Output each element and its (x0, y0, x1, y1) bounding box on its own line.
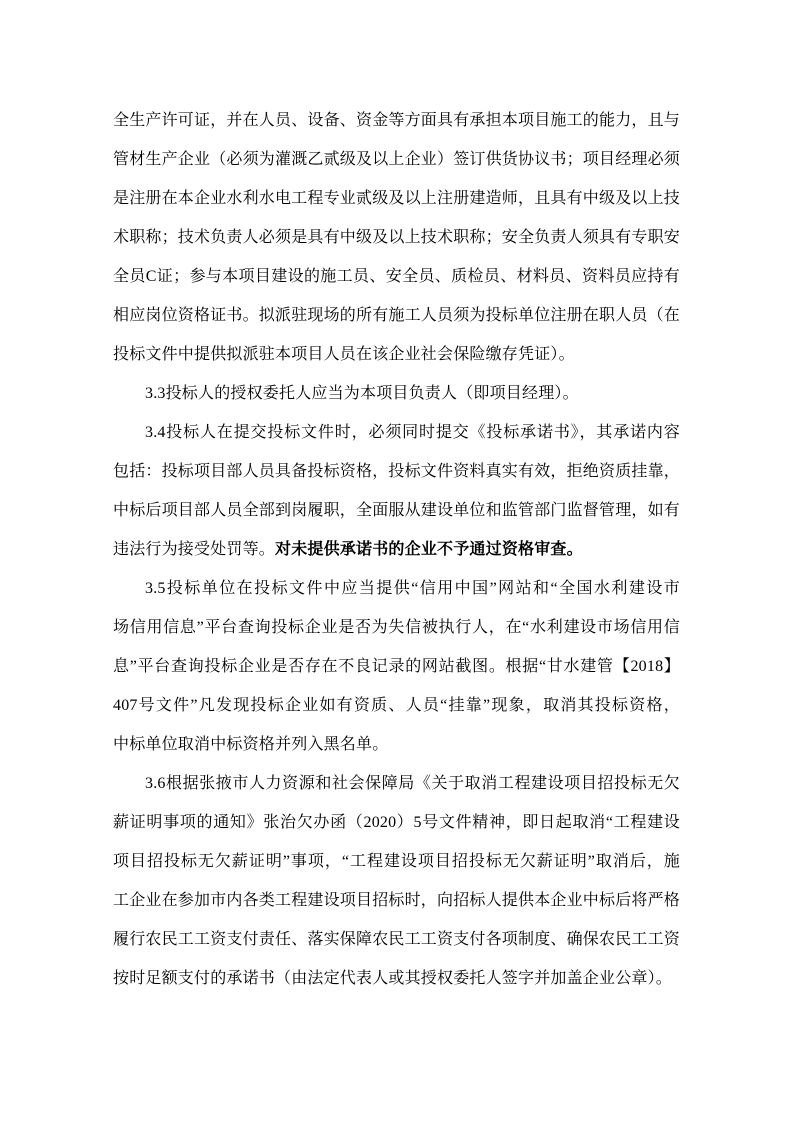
text-line: 相应岗位资格证书。拟派驻现场的所有施工人员须为投标单位注册在职人员（在 (113, 296, 680, 335)
body-text: 全生产许可证，并在人员、设备、资金等方面具有承担本项目施工的能力，且与 (113, 112, 680, 129)
text-line: 按时足额支付的承诺书（由法定代表人或其授权委托人签字并加盖企业公章）。 (113, 959, 680, 998)
body-text: 履行农民工工资支付责任、落实保障农民工工资支付各项制度、确保农民工工资 (113, 931, 680, 948)
body-text: 术职称；技术负责人必须是具有中级及以上技术职称；安全负责人须具有专职安 (113, 229, 680, 246)
text-line: 项目招投标无欠薪证明”事项，“工程建设项目招投标无欠薪证明”取消后，施 (113, 842, 680, 881)
text-line: 术职称；技术负责人必须是具有中级及以上技术职称；安全负责人须具有专职安 (113, 218, 680, 257)
body-text: 3.5投标单位在投标文件中应当提供“信用中国”网站和“全国水利建设市 (145, 580, 680, 597)
text-line: 全生产许可证，并在人员、设备、资金等方面具有承担本项目施工的能力，且与 (113, 101, 680, 140)
text-line: 3.6根据张掖市人力资源和社会保障局《关于取消工程建设项目招投标无欠 (113, 764, 680, 803)
text-line: 3.4投标人在提交投标文件时，必须同时提交《投标承诺书》，其承诺内容 (113, 413, 680, 452)
body-text: 3.6根据张掖市人力资源和社会保障局《关于取消工程建设项目招投标无欠 (145, 775, 680, 792)
text-line: 薪证明事项的通知》张治欠办函（2020）5号文件精神，即日起取消“工程建设 (113, 803, 680, 842)
body-text: 违法行为接受处罚等。 (113, 541, 275, 558)
body-text: 全员C证；参与本项目建设的施工员、安全员、质检员、材料员、资料员应持有 (113, 268, 680, 285)
body-text: 项目招投标无欠薪证明”事项，“工程建设项目招投标无欠薪证明”取消后，施 (113, 853, 680, 870)
body-text: 相应岗位资格证书。拟派驻现场的所有施工人员须为投标单位注册在职人员（在 (113, 307, 680, 324)
text-line: 3.5投标单位在投标文件中应当提供“信用中国”网站和“全国水利建设市 (113, 569, 680, 608)
body-text: 407号文件”凡发现投标企业如有资质、人员“挂靠”现象，取消其投标资格， (113, 697, 680, 714)
body-text: 3.4投标人在提交投标文件时，必须同时提交《投标承诺书》，其承诺内容 (145, 424, 680, 441)
text-line: 3.3投标人的授权委托人应当为本项目负责人（即项目经理）。 (113, 374, 680, 413)
body-text: 工企业在参加市内各类工程建设项目招标时，向招标人提供本企业中标后将严格 (113, 892, 680, 909)
body-text: 按时足额支付的承诺书（由法定代表人或其授权委托人签字并加盖企业公章）。 (113, 970, 672, 987)
body-text: 中标单位取消中标资格并列入黑名单。 (113, 736, 388, 753)
text-line: 中标单位取消中标资格并列入黑名单。 (113, 725, 680, 764)
text-line: 包括：投标项目部人员具备投标资格，投标文件资料真实有效，拒绝资质挂靠， (113, 452, 680, 491)
text-line: 407号文件”凡发现投标企业如有资质、人员“挂靠”现象，取消其投标资格， (113, 686, 680, 725)
body-text: 薪证明事项的通知》张治欠办函（2020）5号文件精神，即日起取消“工程建设 (113, 814, 680, 831)
text-line: 工企业在参加市内各类工程建设项目招标时，向招标人提供本企业中标后将严格 (113, 881, 680, 920)
text-line: 息”平台查询投标企业是否存在不良记录的网站截图。根据“甘水建管【2018】 (113, 647, 680, 686)
text-line: 投标文件中提供拟派驻本项目人员在该企业社会保险缴存凭证）。 (113, 335, 680, 374)
body-text: 投标文件中提供拟派驻本项目人员在该企业社会保险缴存凭证）。 (113, 346, 575, 363)
text-line: 是注册在本企业水利水电工程专业贰级及以上注册建造师，且具有中级及以上技 (113, 179, 680, 218)
body-text: 中标后项目部人员全部到岗履职，全面服从建设单位和监管部门监督管理，如有 (113, 502, 680, 519)
text-line: 履行农民工工资支付责任、落实保障农民工工资支付各项制度、确保农民工工资 (113, 920, 680, 959)
document-page: 全生产许可证，并在人员、设备、资金等方面具有承担本项目施工的能力，且与管材生产企… (0, 0, 793, 1122)
text-line: 中标后项目部人员全部到岗履职，全面服从建设单位和监管部门监督管理，如有 (113, 491, 680, 530)
text-line: 违法行为接受处罚等。对未提供承诺书的企业不予通过资格审查。 (113, 530, 680, 569)
bold-emphasis-text: 对未提供承诺书的企业不予通过资格审查。 (275, 541, 583, 558)
body-text: 是注册在本企业水利水电工程专业贰级及以上注册建造师，且具有中级及以上技 (113, 190, 680, 207)
body-text: 息”平台查询投标企业是否存在不良记录的网站截图。根据“甘水建管【2018】 (113, 658, 680, 675)
body-text: 场信用信息”平台查询投标企业是否为失信被执行人，在“水利建设市场信用信 (113, 619, 680, 636)
text-line: 场信用信息”平台查询投标企业是否为失信被执行人，在“水利建设市场信用信 (113, 608, 680, 647)
body-text: 3.3投标人的授权委托人应当为本项目负责人（即项目经理）。 (145, 385, 579, 402)
document-body: 全生产许可证，并在人员、设备、资金等方面具有承担本项目施工的能力，且与管材生产企… (113, 101, 680, 998)
text-line: 管材生产企业（必须为灌溉乙贰级及以上企业）签订供货协议书；项目经理必须 (113, 140, 680, 179)
body-text: 管材生产企业（必须为灌溉乙贰级及以上企业）签订供货协议书；项目经理必须 (113, 151, 680, 168)
text-line: 全员C证；参与本项目建设的施工员、安全员、质检员、材料员、资料员应持有 (113, 257, 680, 296)
body-text: 包括：投标项目部人员具备投标资格，投标文件资料真实有效，拒绝资质挂靠， (113, 463, 680, 480)
